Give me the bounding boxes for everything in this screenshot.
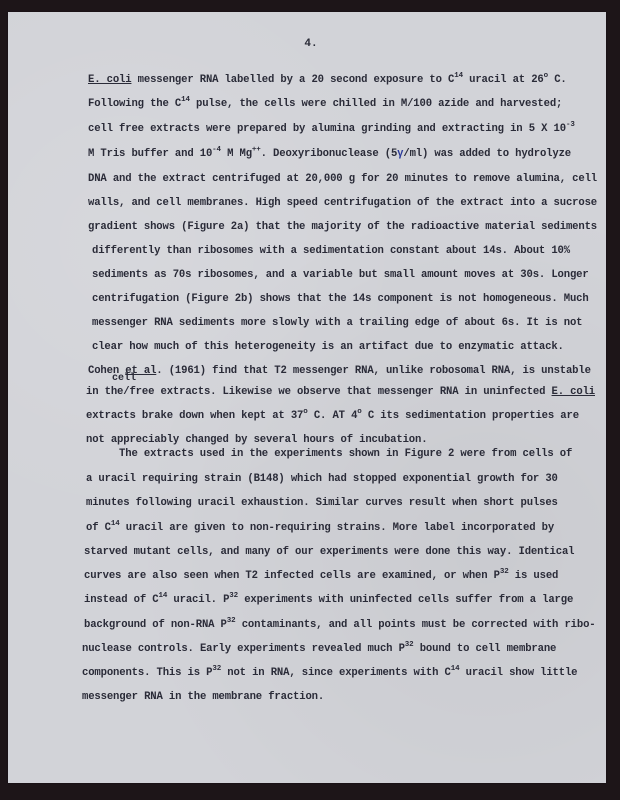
text-line: not appreciably changed by several hours…	[86, 434, 427, 446]
text-line: Following the C14 pulse, the cells were …	[88, 98, 562, 110]
text-line: a uracil requiring strain (B148) which h…	[86, 473, 558, 485]
text-line: centrifugation (Figure 2b) shows that th…	[92, 293, 589, 305]
text-line: instead of C14 uracil. P32 experiments w…	[84, 594, 573, 606]
species-name: E. coli	[552, 386, 595, 398]
text-line: messenger RNA in the membrane fraction.	[82, 691, 324, 703]
text-line: gradient shows (Figure 2a) that the majo…	[88, 221, 597, 233]
text-line: E. coli messenger RNA labelled by a 20 s…	[88, 74, 567, 86]
text-line: background of non-RNA P32 contaminants, …	[84, 619, 596, 631]
text-line: in the/free extracts. Likewise we observ…	[86, 386, 595, 398]
text-line: walls, and cell membranes. High speed ce…	[88, 197, 597, 209]
page-number: 4.	[8, 38, 606, 50]
text-line: extracts brake down when kept at 37o C. …	[86, 410, 579, 422]
text-line: sediments as 70s ribosomes, and a variab…	[92, 269, 589, 281]
typewritten-page: 4. E. coli messenger RNA labelled by a 2…	[8, 12, 606, 783]
text-line: curves are also seen when T2 infected ce…	[84, 570, 558, 582]
text-line: starved mutant cells, and many of our ex…	[84, 546, 574, 558]
text-line: Cohen et al. (1961) find that T2 messeng…	[88, 365, 591, 377]
text-line: M Tris buffer and 10-4 M Mg++. Deoxyribo…	[88, 148, 571, 160]
text-line: messenger RNA sediments more slowly with…	[92, 317, 582, 329]
text-line: nuclease controls. Early experiments rev…	[82, 643, 556, 655]
text-line: of C14 uracil are given to non-requiring…	[86, 522, 554, 534]
species-name: E. coli	[88, 74, 131, 86]
text-line: differently than ribosomes with a sedime…	[92, 245, 570, 257]
text-line: The extracts used in the experiments sho…	[88, 448, 572, 460]
text-line: minutes following uracil exhaustion. Sim…	[86, 497, 558, 509]
text-line: components. This is P32 not in RNA, sinc…	[82, 667, 577, 679]
text-line: cell free extracts were prepared by alum…	[88, 123, 575, 135]
text-line: DNA and the extract centrifuged at 20,00…	[88, 173, 597, 185]
inserted-word: cell	[112, 373, 136, 384]
text-line: clear how much of this heterogeneity is …	[92, 341, 564, 353]
